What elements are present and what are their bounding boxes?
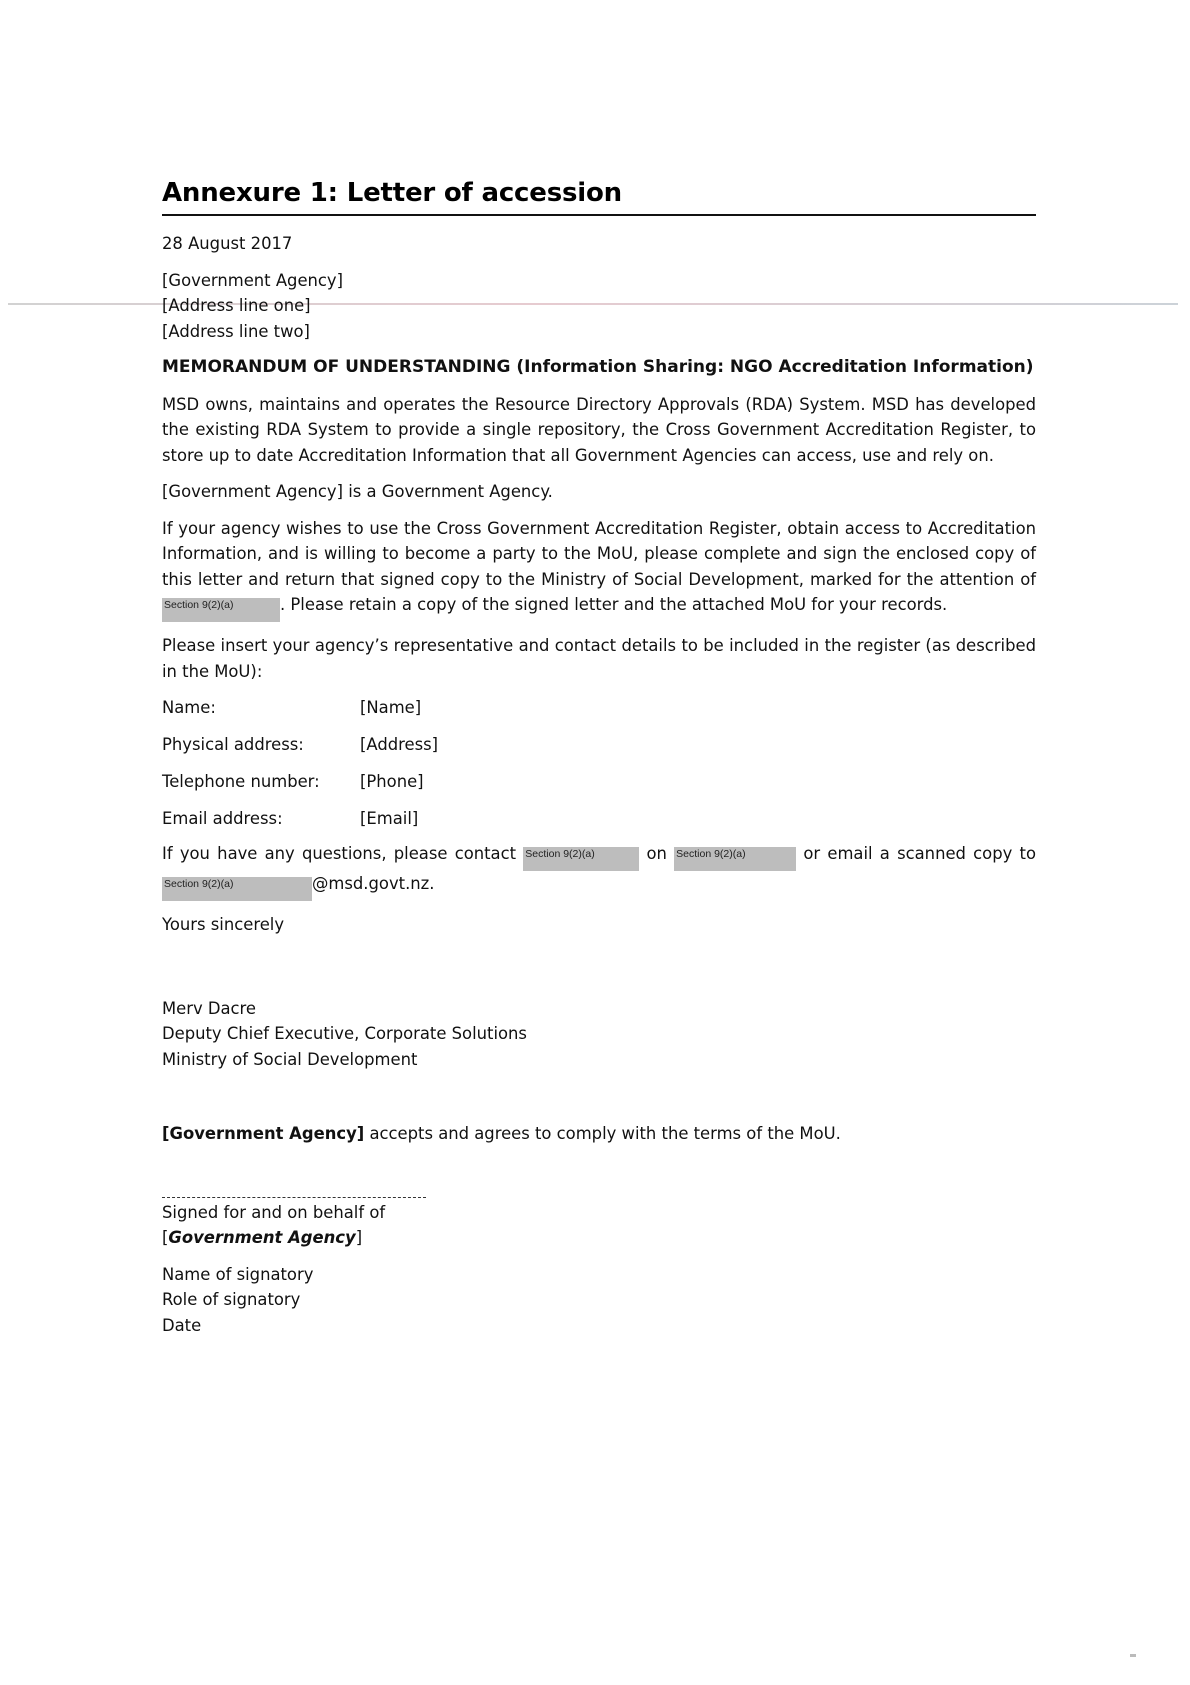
detail-value: [Email] [360, 806, 418, 832]
address-line-two: [Address line two] [162, 319, 1036, 345]
role-of-signatory-label: Role of signatory [162, 1287, 1036, 1313]
questions-text: on [639, 844, 674, 863]
signatory-role: Deputy Chief Executive, Corporate Soluti… [162, 1021, 1036, 1047]
questions-text: If you have any questions, please contac… [162, 844, 523, 863]
paragraph-questions: If you have any questions, please contac… [162, 841, 1036, 901]
email-domain-text: @msd.govt.nz. [312, 874, 434, 893]
signatory-organisation: Ministry of Social Development [162, 1047, 1036, 1073]
instructions-text-end: . Please retain a copy of the signed let… [280, 595, 947, 614]
detail-label: Physical address: [162, 732, 360, 758]
redaction-box: Section 9(2)(a) [162, 877, 312, 901]
letter-page: Annexure 1: Letter of accession 28 Augus… [162, 178, 1036, 1338]
scan-artifact-speck [1130, 1654, 1136, 1657]
instructions-text: If your agency wishes to use the Cross G… [162, 519, 1036, 589]
signed-on-behalf: Signed for and on behalf of [162, 1200, 1036, 1226]
signed-agency-name: Government Agency [168, 1228, 355, 1247]
address-line-one: [Address line one] [162, 293, 1036, 319]
detail-row-name: Name: [Name] [162, 695, 1036, 721]
signatory-fields: Name of signatory Role of signatory Date [162, 1262, 1036, 1339]
page-title: Annexure 1: Letter of accession [162, 178, 1036, 216]
signatory-block: Merv Dacre Deputy Chief Executive, Corpo… [162, 996, 1036, 1073]
redaction-box: Section 9(2)(a) [162, 598, 280, 622]
detail-value: [Address] [360, 732, 438, 758]
redaction-box: Section 9(2)(a) [523, 847, 639, 871]
detail-label: Email address: [162, 806, 360, 832]
paragraph-contact-details-request: Please insert your agency’s representati… [162, 633, 1036, 684]
signature-line [162, 1197, 426, 1198]
signatory-name: Merv Dacre [162, 996, 1036, 1022]
detail-row-email: Email address: [Email] [162, 806, 1036, 832]
signed-agency: [Government Agency] [162, 1225, 1036, 1251]
contact-details-list: Name: [Name] Physical address: [Address]… [162, 695, 1036, 832]
recipient-agency: [Government Agency] [162, 268, 1036, 294]
subject-heading: MEMORANDUM OF UNDERSTANDING (Information… [162, 355, 1036, 381]
detail-row-address: Physical address: [Address] [162, 732, 1036, 758]
name-of-signatory-label: Name of signatory [162, 1262, 1036, 1288]
paragraph-instructions: If your agency wishes to use the Cross G… [162, 516, 1036, 623]
detail-value: [Phone] [360, 769, 424, 795]
letter-date: 28 August 2017 [162, 231, 1036, 257]
detail-label: Name: [162, 695, 360, 721]
date-label: Date [162, 1313, 1036, 1339]
detail-label: Telephone number: [162, 769, 360, 795]
bracket-close: ] [356, 1228, 362, 1247]
closing-salutation: Yours sincerely [162, 912, 1036, 938]
detail-value: [Name] [360, 695, 421, 721]
paragraph-rda-system: MSD owns, maintains and operates the Res… [162, 392, 1036, 469]
detail-row-phone: Telephone number: [Phone] [162, 769, 1036, 795]
acceptance-text: accepts and agrees to comply with the te… [364, 1124, 841, 1143]
redaction-box: Section 9(2)(a) [674, 847, 796, 871]
recipient-address: [Government Agency] [Address line one] [… [162, 268, 1036, 345]
questions-text: or email a scanned copy to [796, 844, 1036, 863]
acceptance-statement: [Government Agency] accepts and agrees t… [162, 1121, 1036, 1147]
paragraph-agency-status: [Government Agency] is a Government Agen… [162, 479, 1036, 505]
acceptance-agency: [Government Agency] [162, 1124, 364, 1143]
